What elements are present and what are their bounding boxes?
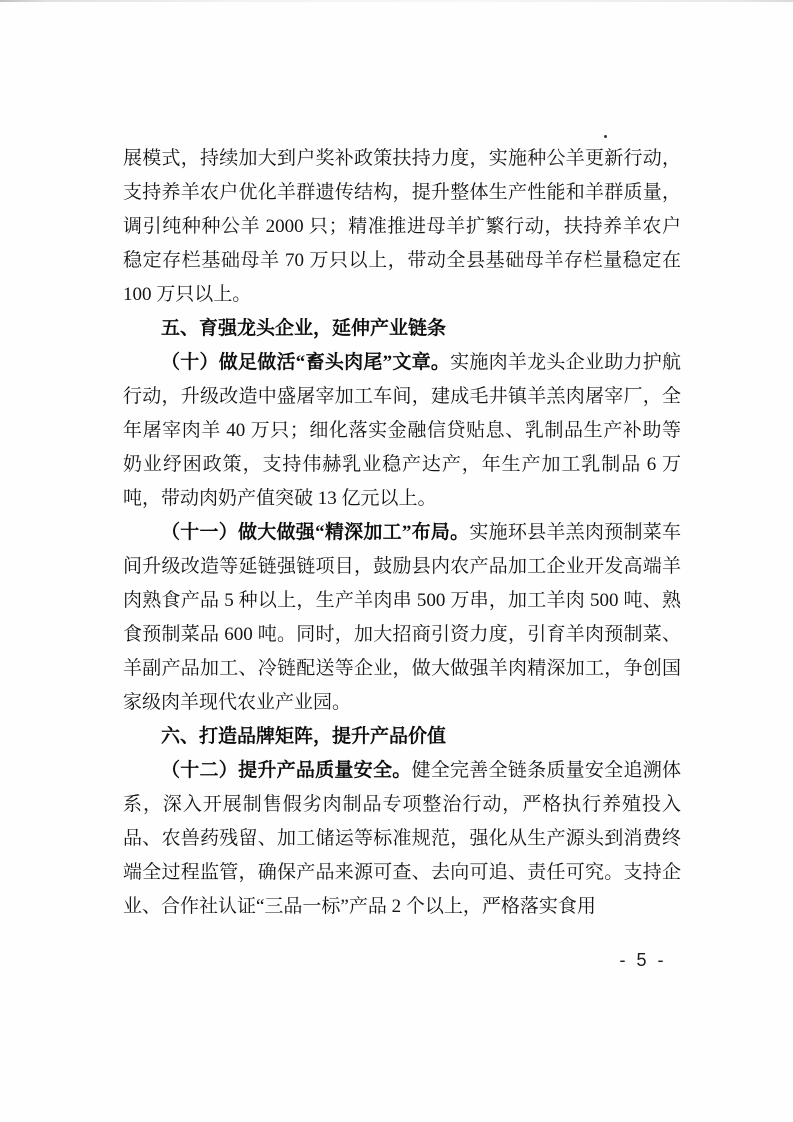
document-page: 展模式，持续加大到户奖补政策扶持力度，实施种公羊更新行动，支持养羊农户优化羊群遗… <box>0 0 793 1122</box>
paragraph-12-lead: （十二）提升产品质量安全。 <box>161 760 412 781</box>
section-heading-6: 六、打造品牌矩阵，提升产品价值 <box>123 720 681 754</box>
paragraph-11-text: 实施环县羊羔肉预制菜车间升级改造等延链强链项目，鼓励县内农产品加工企业开发高端羊… <box>123 522 681 713</box>
page-number: - 5 - <box>596 950 690 971</box>
document-body: 展模式，持续加大到户奖补政策扶持力度，实施种公羊更新行动，支持养羊农户优化羊群遗… <box>123 142 681 924</box>
paragraph-item-12: （十二）提升产品质量安全。健全完善全链条质量安全追溯体系，深入开展制售假劣肉制品… <box>123 754 681 924</box>
paragraph-10-lead: （十）做足做活“畜头肉尾”文章。 <box>161 352 450 373</box>
paragraph-item-10: （十）做足做活“畜头肉尾”文章。实施肉羊龙头企业助力护航行动，升级改造中盛屠宰加… <box>123 346 681 516</box>
ink-speck <box>604 135 607 138</box>
paragraph-continuation: 展模式，持续加大到户奖补政策扶持力度，实施种公羊更新行动，支持养羊农户优化羊群遗… <box>123 142 681 312</box>
paragraph-11-lead: （十一）做大做强“精深加工”布局。 <box>161 522 469 543</box>
section-heading-5: 五、育强龙头企业，延伸产业链条 <box>123 312 681 346</box>
paragraph-12-text: 健全完善全链条质量安全追溯体系，深入开展制售假劣肉制品专项整治行动，严格执行养殖… <box>123 760 681 917</box>
paragraph-10-text: 实施肉羊龙头企业助力护航行动，升级改造中盛屠宰加工车间，建成毛井镇羊羔肉屠宰厂，… <box>123 352 681 509</box>
scan-edge-artifact <box>0 0 793 2</box>
paragraph-item-11: （十一）做大做强“精深加工”布局。实施环县羊羔肉预制菜车间升级改造等延链强链项目… <box>123 516 681 720</box>
